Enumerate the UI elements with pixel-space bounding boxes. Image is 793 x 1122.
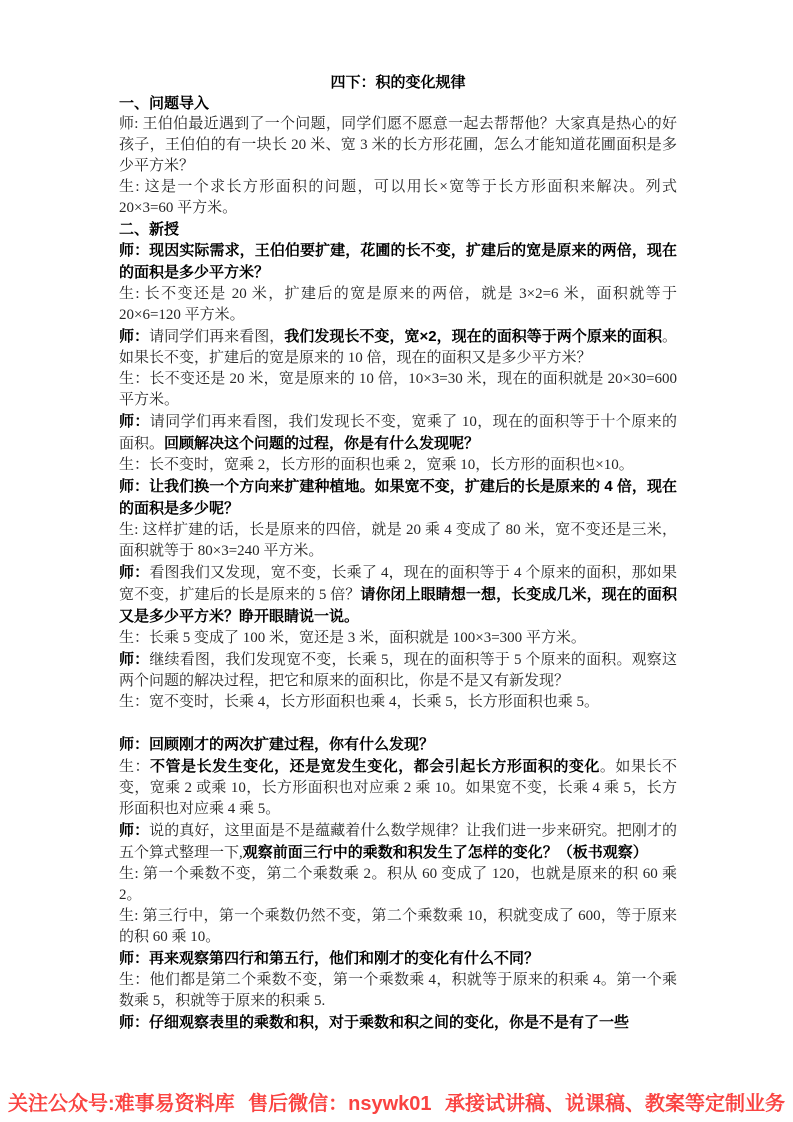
dialogue-paragraph: 生：宽不变时，长乘 4，长方形面积也乘 4，长乘 5，长方形面积也乘 5。: [119, 692, 677, 713]
text-run: 师：仔细观察表里的乘数和积，对于乘数和积之间的变化，你是不是有了一些: [119, 1014, 629, 1031]
text-run: 师：: [119, 564, 149, 581]
text-run: 观察前面三行中的乘数和积发生了怎样的变化？（板书观察）: [243, 844, 648, 861]
text-run: 师: 王伯伯最近遇到了一个问题，同学们愿不愿意一起去帮帮他？大家真是热心的好孩子…: [119, 116, 677, 174]
text-run: 师：回顾刚才的两次扩建过程，你有什么发现？: [119, 736, 434, 753]
dialogue-paragraph: 师：仔细观察表里的乘数和积，对于乘数和积之间的变化，你是不是有了一些: [119, 1012, 677, 1034]
text-run: 师：: [119, 651, 149, 668]
dialogue-paragraph: 生：长乘 5 变成了 100 米，宽还是 3 米，面积就是 100×3=300 …: [119, 628, 677, 649]
text-run: 生: 第三行中，第一个乘数仍然不变，第二个乘数乘 10，积就变成了 600，等于…: [119, 908, 677, 945]
text-run: 师：再来观察第四行和第五行，他们和刚才的变化有什么不同？: [119, 950, 539, 967]
text-run: 生: 长不变还是 20 米，扩建后的宽是原来的两倍，就是 3×2=6 米，面积就…: [119, 286, 677, 323]
text-run: 师：: [119, 328, 149, 345]
dialogue-paragraph: 生：他们都是第二个乘数不变，第一个乘数乘 4，积就等于原来的积乘 4。第一个乘数…: [119, 970, 677, 1012]
text-run: 生：长乘 5 变成了 100 米，宽还是 3 米，面积就是 100×3=300 …: [119, 630, 586, 646]
dialogue-paragraph: 师：看图我们又发现，宽不变，长乘了 4，现在的面积等于 4 个原来的面积，那如果…: [119, 562, 677, 628]
dialogue-paragraph: 师：请同学们再来看图，我们发现长不变，宽×2，现在的面积等于两个原来的面积。如果…: [119, 326, 677, 369]
dialogue-paragraph: 师：现因实际需求，王伯伯要扩建，花圃的长不变，扩建后的宽是原来的两倍，现在的面积…: [119, 240, 677, 284]
text-run: 我们发现长不变，宽×2，现在的面积等于两个原来的面积: [284, 328, 662, 345]
dialogue-paragraph: 生: 第三行中，第一个乘数仍然不变，第二个乘数乘 10，积就变成了 600，等于…: [119, 906, 677, 948]
dialogue-paragraph: 师：再来观察第四行和第五行，他们和刚才的变化有什么不同？: [119, 948, 677, 970]
dialogue-paragraph: 师：回顾刚才的两次扩建过程，你有什么发现？: [119, 734, 677, 756]
dialogue-paragraph: 师: 王伯伯最近遇到了一个问题，同学们愿不愿意一起去帮帮他？大家真是热心的好孩子…: [119, 114, 677, 177]
section-heading: 二、新授: [119, 219, 677, 240]
document-paragraphs: 一、问题导入师: 王伯伯最近遇到了一个问题，同学们愿不愿意一起去帮帮他？大家真是…: [119, 93, 677, 1034]
dialogue-paragraph: 生: 这样扩建的话，长是原来的四倍，就是 20 乘 4 变成了 80 米，宽不变…: [119, 520, 677, 562]
text-run: 回顾解决这个问题的过程，你是有什么发现呢？: [164, 435, 479, 452]
dialogue-paragraph: 生: 这是一个求长方形面积的问题，可以用长×宽等于长方形面积来解决。列式 20×…: [119, 177, 677, 219]
text-run: 生：: [119, 759, 150, 775]
dialogue-paragraph: 生: 长不变还是 20 米，扩建后的宽是原来的两倍，就是 3×2=6 米，面积就…: [119, 284, 677, 326]
text-run: 生: 这是一个求长方形面积的问题，可以用长×宽等于长方形面积来解决。列式 20×…: [119, 179, 677, 216]
text-run: 继续看图，我们发现宽不变，长乘 5，现在的面积等于 5 个原来的面积。观察这两个…: [119, 652, 677, 689]
document-page: 四下：积的变化规律 一、问题导入师: 王伯伯最近遇到了一个问题，同学们愿不愿意一…: [0, 0, 793, 1122]
text-run: 师：让我们换一个方向来扩建种植地。如果宽不变，扩建后的长是原来的 4 倍，现在的…: [119, 478, 677, 517]
page-title: 四下：积的变化规律: [119, 72, 677, 93]
dialogue-paragraph: 师：请同学们再来看图，我们发现长不变，宽乘了 10，现在的面积等于十个原来的面积…: [119, 411, 677, 455]
text-run: 师：: [119, 822, 149, 839]
text-run: 请同学们再来看图，: [149, 329, 284, 345]
promo-footer: 关注公众号:难事易资料库 售后微信：nsywk01 承接试讲稿、说课稿、教案等定…: [8, 1087, 785, 1116]
footer-aftersales-wechat: 售后微信：nsywk01: [248, 1087, 431, 1116]
text-run: 生：宽不变时，长乘 4，长方形面积也乘 4，长乘 5，长方形面积也乘 5。: [119, 694, 599, 710]
dialogue-paragraph: 生：长不变时，宽乘 2，长方形的面积也乘 2，宽乘 10，长方形的面积也×10。: [119, 455, 677, 476]
text-run: 生: 这样扩建的话，长是原来的四倍，就是 20 乘 4 变成了 80 米，宽不变…: [119, 522, 677, 559]
footer-services: 承接试讲稿、说课稿、教案等定制业务: [445, 1087, 785, 1116]
text-run: 一、问题导入: [119, 95, 209, 112]
text-run: 生: 第一个乘数不变，第二个乘数乘 2。积从 60 变成了 120，也就是原来的…: [119, 866, 677, 903]
dialogue-paragraph: 师：让我们换一个方向来扩建种植地。如果宽不变，扩建后的长是原来的 4 倍，现在的…: [119, 476, 677, 520]
text-run: 生：长不变时，宽乘 2，长方形的面积也乘 2，宽乘 10，长方形的面积也×10。: [119, 457, 634, 473]
text-run: 生：长不变还是 20 米，宽是原来的 10 倍，10×3=30 米，现在的面积就…: [119, 371, 677, 408]
dialogue-paragraph: 师：继续看图，我们发现宽不变，长乘 5，现在的面积等于 5 个原来的面积。观察这…: [119, 649, 677, 692]
footer-wechat-official-account: 关注公众号:难事易资料库: [8, 1087, 235, 1116]
dialogue-paragraph: 师：说的真好，这里面是不是蕴藏着什么数学规律？让我们进一步来研究。把刚才的五个算…: [119, 820, 677, 864]
dialogue-paragraph: 生：长不变还是 20 米，宽是原来的 10 倍，10×3=30 米，现在的面积就…: [119, 369, 677, 411]
text-run: 生：他们都是第二个乘数不变，第一个乘数乘 4，积就等于原来的积乘 4。第一个乘数…: [119, 972, 677, 1009]
text-run: 二、新授: [119, 221, 179, 238]
text-run: 师：现因实际需求，王伯伯要扩建，花圃的长不变，扩建后的宽是原来的两倍，现在的面积…: [119, 242, 677, 281]
text-run: 师：: [119, 413, 150, 430]
text-run: 不管是长发生变化，还是宽发生变化，都会引起长方形面积的变化: [150, 758, 600, 775]
document-body: 四下：积的变化规律 一、问题导入师: 王伯伯最近遇到了一个问题，同学们愿不愿意一…: [119, 72, 677, 1034]
blank-line: [119, 713, 677, 734]
dialogue-paragraph: 生：不管是长发生变化，还是宽发生变化，都会引起长方形面积的变化。如果长不变，宽乘…: [119, 756, 677, 820]
section-heading: 一、问题导入: [119, 93, 677, 114]
dialogue-paragraph: 生: 第一个乘数不变，第二个乘数乘 2。积从 60 变成了 120，也就是原来的…: [119, 864, 677, 906]
